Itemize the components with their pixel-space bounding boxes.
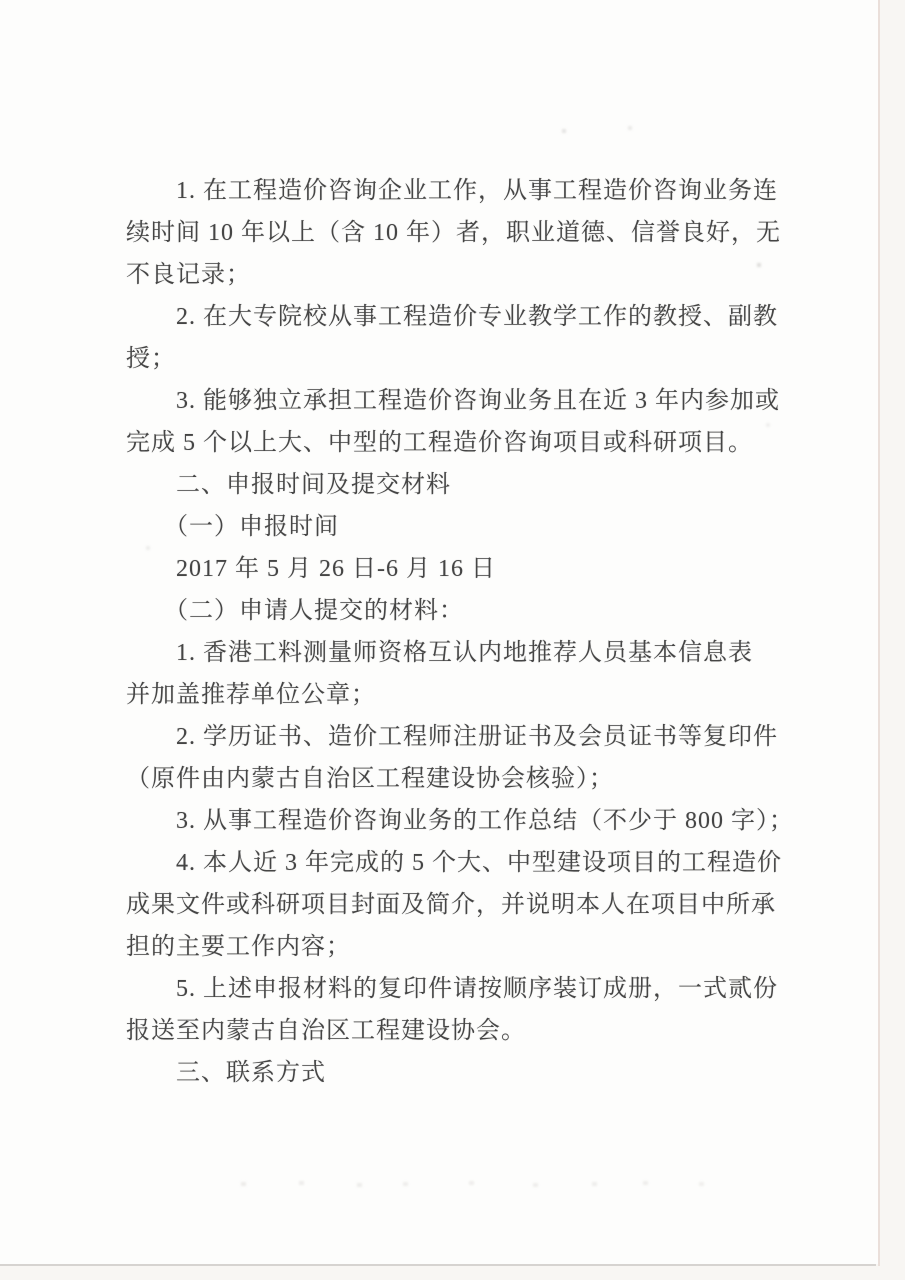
text-line: 完成 5 个以上大、中型的工程造价咨询项目或科研项目。 xyxy=(126,422,786,464)
text-line: 成果文件或科研项目封面及简介，并说明本人在项目中所承 xyxy=(126,884,786,926)
scan-noise-specks xyxy=(0,0,2,2)
text-line-section-3-heading: 三、联系方式 xyxy=(126,1052,786,1094)
text-line: 4. 本人近 3 年完成的 5 个大、中型建设项目的工程造价 xyxy=(126,842,786,884)
text-line: 2. 在大专院校从事工程造价专业教学工作的教授、副教 xyxy=(126,296,786,338)
text-line-subsection-1-heading: （一）申报时间 xyxy=(126,506,786,548)
text-line: 报送至内蒙古自治区工程建设协会。 xyxy=(126,1010,786,1052)
scanner-background xyxy=(0,1266,905,1280)
text-line: 1. 香港工料测量师资格互认内地推荐人员基本信息表 xyxy=(126,632,786,674)
text-line: （原件由内蒙古自治区工程建设协会核验）； xyxy=(126,758,786,800)
text-line: 5. 上述申报材料的复印件请按顺序装订成册，一式贰份 xyxy=(126,968,786,1010)
text-line: 续时间 10 年以上（含 10 年）者，职业道德、信誉良好，无 xyxy=(126,212,786,254)
text-line: 并加盖推荐单位公章； xyxy=(126,674,786,716)
scan-smudge xyxy=(172,1182,175,1184)
document-text: 1. 在工程造价咨询企业工作，从事工程造价咨询业务连 续时间 10 年以上（含 … xyxy=(126,170,786,1094)
page-edge-right xyxy=(878,0,880,1266)
text-line: 担的主要工作内容； xyxy=(126,926,786,968)
text-line-date-range: 2017 年 5 月 26 日-6 月 16 日 xyxy=(126,548,786,590)
text-line: 3. 能够独立承担工程造价咨询业务且在近 3 年内参加或 xyxy=(126,380,786,422)
text-line: 3. 从事工程造价咨询业务的工作总结（不少于 800 字）； xyxy=(126,800,786,842)
text-line-subsection-2-heading: （二）申请人提交的材料： xyxy=(126,590,786,632)
text-line: 2. 学历证书、造价工程师注册证书及会员证书等复印件 xyxy=(126,716,786,758)
document-page: 1. 在工程造价咨询企业工作，从事工程造价咨询业务连 续时间 10 年以上（含 … xyxy=(0,0,878,1264)
text-line: 1. 在工程造价咨询企业工作，从事工程造价咨询业务连 xyxy=(126,170,786,212)
text-line: 授； xyxy=(126,338,786,380)
text-line-section-2-heading: 二、申报时间及提交材料 xyxy=(126,464,786,506)
text-line: 不良记录； xyxy=(126,254,786,296)
